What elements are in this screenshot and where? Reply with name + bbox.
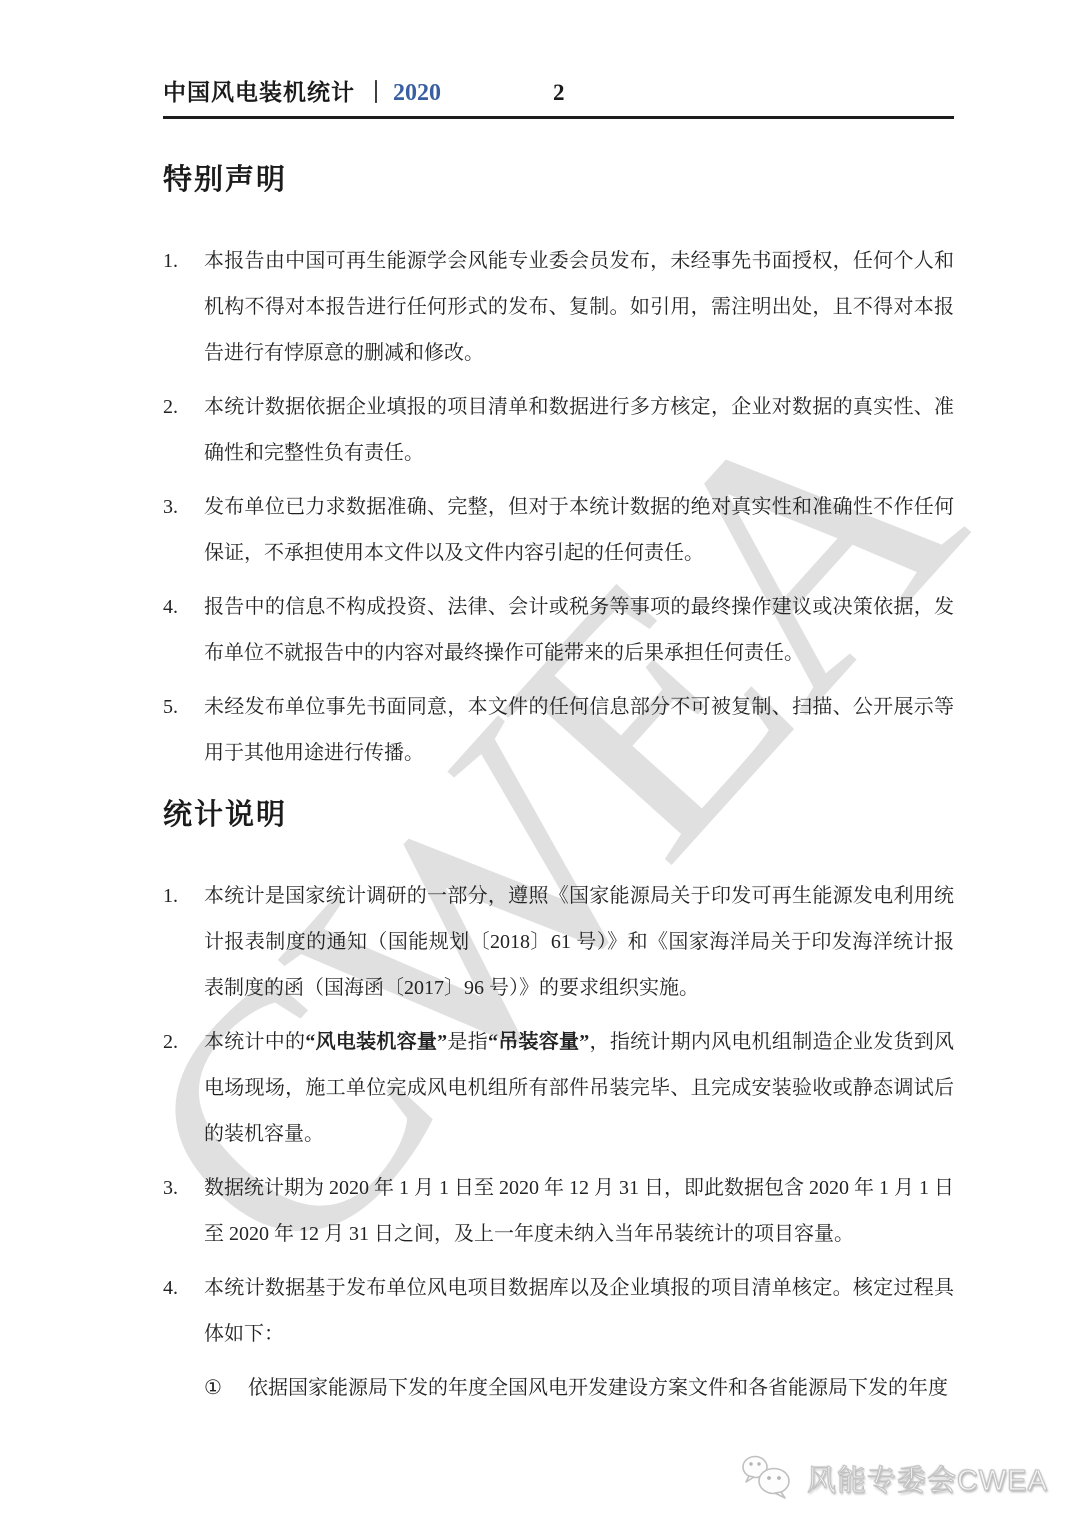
item-number: 3. [163, 484, 204, 576]
list-item: 3. 数据统计期为 2020 年 1 月 1 日至 2020 年 12 月 31… [163, 1165, 954, 1257]
circled-number-marker: ① [204, 1365, 248, 1411]
statistics-notes-list: 1. 本统计是国家统计调研的一部分，遵照《国家能源局关于印发可再生能源发电利用统… [163, 873, 954, 1357]
item-text: 数据统计期为 2020 年 1 月 1 日至 2020 年 12 月 31 日，… [204, 1165, 954, 1257]
item-number: 4. [163, 1265, 204, 1357]
title-separator: ｜ [365, 76, 387, 107]
item-number: 5. [163, 684, 204, 776]
item-number: 1. [163, 238, 204, 376]
item-text: 本报告由中国可再生能源学会风能专业委会员发布，未经事先书面授权，任何个人和机构不… [204, 238, 954, 376]
page-content: 中国风电装机统计 ｜ 2020 2 特别声明 1. 本报告由中国可再生能源学会风… [0, 0, 1080, 1411]
list-item: 2. 本统计中的“风电装机容量”是指“吊装容量”，指统计期内风电机组制造企业发货… [163, 1019, 954, 1157]
report-year: 2020 [393, 80, 441, 107]
bold-term: “风电装机容量” [305, 1031, 447, 1053]
item-text: 本统计数据依据企业填报的项目清单和数据进行多方核定，企业对数据的真实性、准确性和… [204, 384, 954, 476]
statistics-notes-heading: 统计说明 [163, 792, 954, 833]
item-text: 本统计数据基于发布单位风电项目数据库以及企业填报的项目清单核定。核定过程具体如下… [204, 1265, 954, 1357]
item-number: 2. [163, 1019, 204, 1157]
list-item: 1. 本统计是国家统计调研的一部分，遵照《国家能源局关于印发可再生能源发电利用统… [163, 873, 954, 1011]
list-item: 2. 本统计数据依据企业填报的项目清单和数据进行多方核定，企业对数据的真实性、准… [163, 384, 954, 476]
list-item: 3. 发布单位已力求数据准确、完整，但对于本统计数据的绝对真实性和准确性不作任何… [163, 484, 954, 576]
list-item: 1. 本报告由中国可再生能源学会风能专业委会员发布，未经事先书面授权，任何个人和… [163, 238, 954, 376]
sub-item-text: 依据国家能源局下发的年度全国风电开发建设方案文件和各省能源局下发的年度 [248, 1365, 954, 1411]
document-page: CWEA 中国风电装机统计 ｜ 2020 2 特别声明 1. 本报告由中国可再生… [0, 0, 1080, 1527]
special-statement-list: 1. 本报告由中国可再生能源学会风能专业委会员发布，未经事先书面授权，任何个人和… [163, 238, 954, 776]
list-item: 4. 本统计数据基于发布单位风电项目数据库以及企业填报的项目清单核定。核定过程具… [163, 1265, 954, 1357]
list-item: 5. 未经发布单位事先书面同意，本文件的任何信息部分不可被复制、扫描、公开展示等… [163, 684, 954, 776]
item-text: 报告中的信息不构成投资、法律、会计或税务等事项的最终操作建议或决策依据，发布单位… [204, 584, 954, 676]
footer-logo-text: 风能专委会CWEA [807, 1458, 1048, 1499]
bold-term: “吊装容量” [488, 1031, 589, 1053]
item-number: 3. [163, 1165, 204, 1257]
page-header: 中国风电装机统计 ｜ 2020 2 [163, 74, 954, 119]
item-text: 本统计是国家统计调研的一部分，遵照《国家能源局关于印发可再生能源发电利用统计报表… [204, 873, 954, 1011]
wechat-icon [739, 1453, 797, 1503]
item-text: 未经发布单位事先书面同意，本文件的任何信息部分不可被复制、扫描、公开展示等用于其… [204, 684, 954, 776]
text-segment: 本统计中的 [204, 1031, 305, 1053]
report-title: 中国风电装机统计 [163, 74, 355, 107]
text-segment: 是指 [447, 1031, 488, 1053]
item-number: 4. [163, 584, 204, 676]
item-text: 发布单位已力求数据准确、完整，但对于本统计数据的绝对真实性和准确性不作任何保证，… [204, 484, 954, 576]
page-number: 2 [553, 80, 565, 106]
cwea-footer-logo: 风能专委会CWEA [739, 1453, 1048, 1503]
list-item: 4. 报告中的信息不构成投资、法律、会计或税务等事项的最终操作建议或决策依据，发… [163, 584, 954, 676]
special-statement-heading: 特别声明 [163, 157, 954, 198]
sub-list-item: ① 依据国家能源局下发的年度全国风电开发建设方案文件和各省能源局下发的年度 [204, 1365, 954, 1411]
item-text: 本统计中的“风电装机容量”是指“吊装容量”，指统计期内风电机组制造企业发货到风电… [204, 1019, 954, 1157]
item-number: 1. [163, 873, 204, 1011]
item-number: 2. [163, 384, 204, 476]
